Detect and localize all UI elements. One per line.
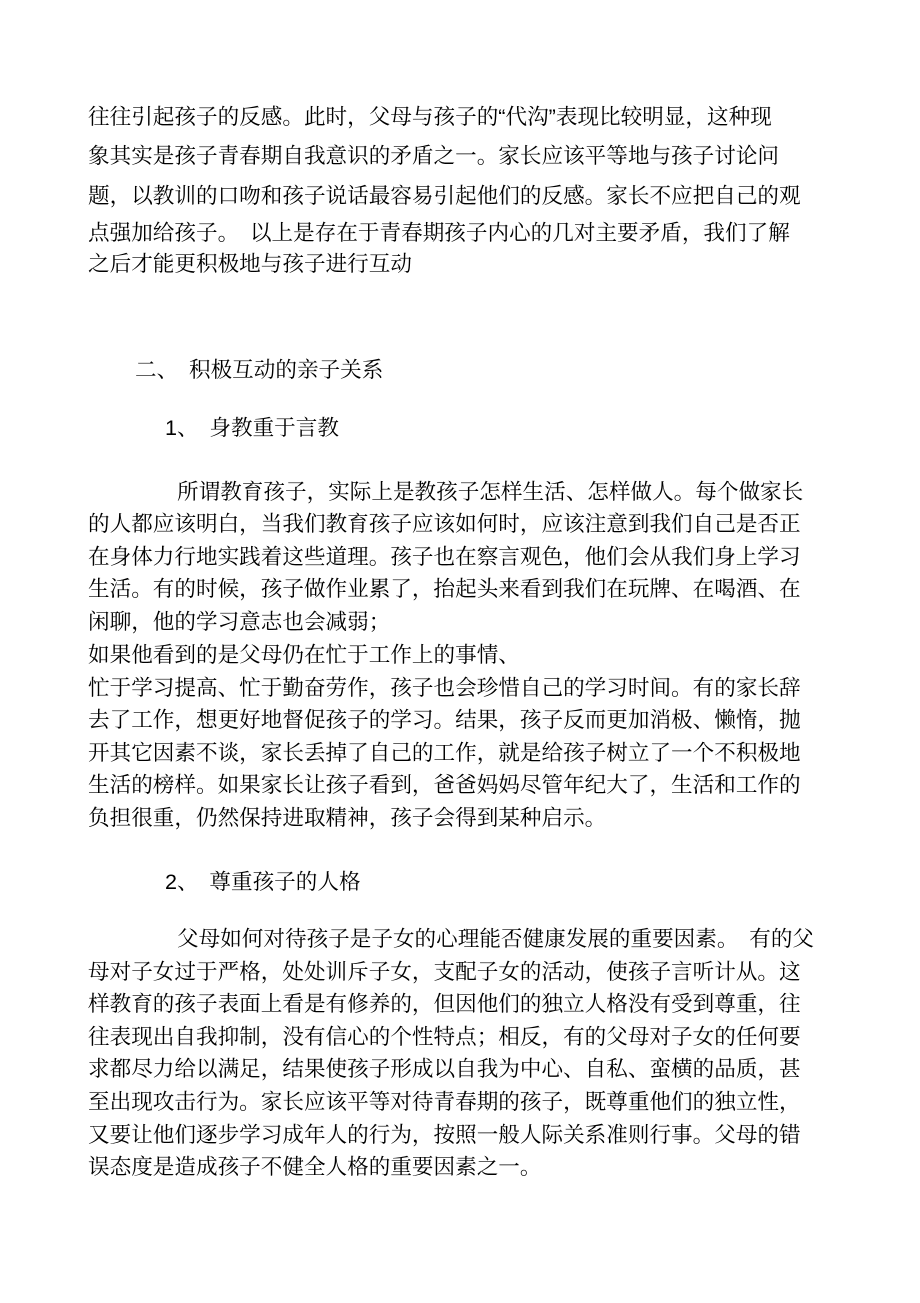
- text-line: 往表现出自我抑制，没有信心的个性特点；相反，有的父母对子女的任何要: [88, 1021, 802, 1054]
- text-line: 在身体力行地实践着这些道理。孩子也在察言观色，他们会从我们身上学习: [88, 541, 802, 573]
- text-line: 样教育的孩子表面上看是有修养的，但因他们的独立人格没有受到尊重，往: [88, 988, 802, 1021]
- text-line: 题，以教训的口吻和孩子说话最容易引起他们的反感。家长不应把自己的观: [88, 176, 802, 215]
- text-line: 又要让他们逐步学习成年人的行为，按照一般人际关系准则行事。父母的错: [88, 1119, 802, 1152]
- text-line: 象其实是孩子青春期自我意识的矛盾之一。家长应该平等地与孩子讨论问: [88, 136, 802, 175]
- text-line: 母对子女过于严格，处处训斥子女，支配子女的活动，使孩子言听计从。这: [88, 956, 802, 989]
- paragraph-role-model: 忙于学习提高、忙于勤奋劳作，孩子也会珍惜自己的学习时间。有的家长辞去了工作，想更…: [88, 672, 802, 834]
- paragraph-summary-contradictions: 点强加给孩子。 以上是存在于青春期孩子内心的几对主要矛盾，我们了解之后才能更积极…: [88, 217, 802, 279]
- text-line: 至出现攻击行为。家长应该平等对待青春期的孩子，既尊重他们的独立性，: [88, 1086, 802, 1119]
- text-line: 之后才能更积极地与孩子进行互动: [88, 248, 802, 279]
- text-line: 生活的榜样。如果家长让孩子看到，爸爸妈妈尽管年纪大了，生活和工作的: [88, 769, 802, 801]
- paragraph-continuation-adolescence: 往往引起孩子的反感。此时，父母与孩子的“代沟”表现比较明显，这种现象其实是孩子青…: [88, 97, 802, 215]
- text-line: 误态度是造成孩子不健全人格的重要因素之一。: [88, 1151, 802, 1184]
- text-line: 的人都应该明白，当我们教育孩子应该如何时，应该注意到我们自己是否正: [88, 508, 802, 540]
- text-line: 开其它因素不谈，家长丢掉了自己的工作，就是给孩子树立了一个不积极地: [88, 737, 802, 769]
- paragraph-respect-personality: 父母如何对待孩子是子女的心理能否健康发展的重要因素。 有的父母对子女过于严格，处…: [88, 923, 802, 1184]
- text-line: 如果他看到的是父母仍在忙于工作上的事情、: [88, 640, 802, 670]
- text-line: 点强加给孩子。 以上是存在于青春期孩子内心的几对主要矛盾，我们了解: [88, 217, 802, 248]
- text-line: 忙于学习提高、忙于勤奋劳作，孩子也会珍惜自己的学习时间。有的家长辞: [88, 672, 802, 704]
- text-line: 所谓教育孩子，实际上是教孩子怎样生活、怎样做人。每个做家长: [88, 476, 802, 508]
- text-line: 父母如何对待孩子是子女的心理能否健康发展的重要因素。 有的父: [88, 923, 802, 956]
- text-line: 往往引起孩子的反感。此时，父母与孩子的“代沟”表现比较明显，这种现: [88, 97, 802, 136]
- text-line: 求都尽力给以满足，结果使孩子形成以自我为中心、自私、蛮横的品质，甚: [88, 1053, 802, 1086]
- subheading-respect-personality: 2、 尊重孩子的人格: [88, 867, 879, 897]
- document-page: 往往引起孩子的反感。此时，父母与孩子的“代沟”表现比较明显，这种现象其实是孩子青…: [0, 0, 920, 1303]
- text-line: 闲聊，他的学习意志也会减弱；: [88, 606, 802, 638]
- text-line: 去了工作，想更好地督促孩子的学习。结果，孩子反而更加消极、懒惰，抛: [88, 704, 802, 736]
- text-line: 负担很重，仍然保持进取精神，孩子会得到某种启示。: [88, 802, 802, 834]
- section-heading-positive-interaction: 二、 积极互动的亲子关系: [88, 355, 849, 385]
- subheading-teaching-by-example: 1、 身教重于言教: [88, 413, 879, 443]
- text-line: 生活。有的时候，孩子做作业累了，抬起头来看到我们在玩牌、在喝酒、在: [88, 573, 802, 605]
- line-parents-busy-working: 如果他看到的是父母仍在忙于工作上的事情、: [88, 640, 802, 670]
- paragraph-teaching-by-example: 所谓教育孩子，实际上是教孩子怎样生活、怎样做人。每个做家长的人都应该明白，当我们…: [88, 476, 802, 638]
